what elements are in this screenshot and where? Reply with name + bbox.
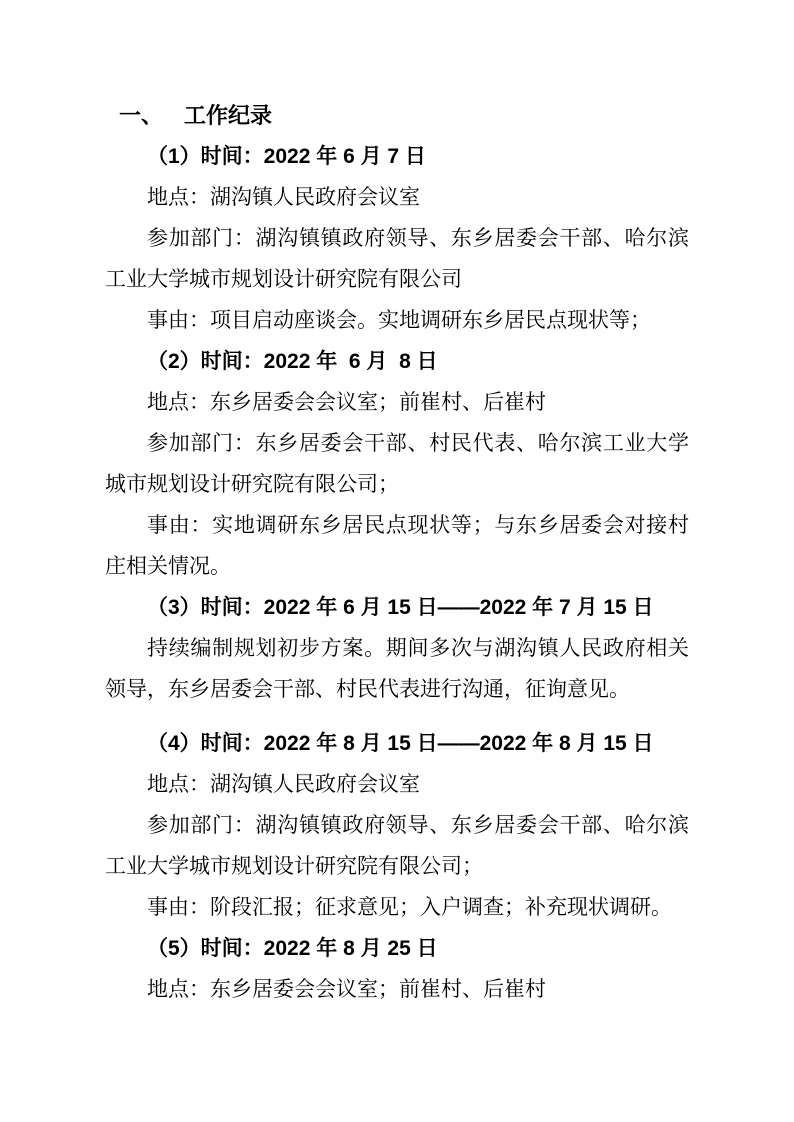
work-record-entry-4: （4）时间：2022 年 8 月 15 日——2022 年 8 月 15 日 地… bbox=[105, 723, 689, 928]
entry-5-time-heading: （5）时间：2022 年 8 月 25 日 bbox=[105, 928, 689, 969]
work-record-entry-2: （2）时间：2022 年 6 月 8 日 地点：东乡居委会会议室；前崔村、后崔村… bbox=[105, 341, 689, 587]
work-record-entry-3: （3）时间：2022 年 6 月 15 日——2022 年 7 月 15 日 持… bbox=[105, 587, 689, 710]
entry-4-location: 地点：湖沟镇人民政府会议室 bbox=[105, 764, 689, 805]
entry-1-location: 地点：湖沟镇人民政府会议室 bbox=[105, 177, 689, 218]
entry-2-participants: 参加部门：东乡居委会干部、村民代表、哈尔滨工业大学城市规划设计研究院有限公司； bbox=[105, 423, 689, 505]
work-record-entry-5: （5）时间：2022 年 8 月 25 日 地点：东乡居委会会议室；前崔村、后崔… bbox=[105, 928, 689, 1010]
entry-3-time-heading: （3）时间：2022 年 6 月 15 日——2022 年 7 月 15 日 bbox=[105, 587, 689, 628]
entry-3-description: 持续编制规划初步方案。期间多次与湖沟镇人民政府相关领导，东乡居委会干部、村民代表… bbox=[105, 628, 689, 710]
entry-2-location: 地点：东乡居委会会议室；前崔村、后崔村 bbox=[105, 382, 689, 423]
document-title: 一、工作纪录 bbox=[105, 95, 689, 136]
entry-2-purpose: 事由：实地调研东乡居民点现状等；与东乡居委会对接村庄相关情况。 bbox=[105, 505, 689, 587]
entry-1-time-heading: （1）时间：2022 年 6 月 7 日 bbox=[105, 136, 689, 177]
entry-5-location: 地点：东乡居委会会议室；前崔村、后崔村 bbox=[105, 969, 689, 1010]
entry-4-purpose: 事由：阶段汇报；征求意见；入户调查；补充现状调研。 bbox=[105, 887, 689, 928]
document-title-number: 一、 bbox=[119, 103, 163, 128]
entry-4-participants: 参加部门：湖沟镇镇政府领导、东乡居委会干部、哈尔滨工业大学城市规划设计研究院有限… bbox=[105, 805, 689, 887]
entry-1-purpose: 事由：项目启动座谈会。实地调研东乡居民点现状等； bbox=[105, 300, 689, 341]
document-title-text: 工作纪录 bbox=[184, 103, 272, 128]
document-page: 一、工作纪录 （1）时间：2022 年 6 月 7 日 地点：湖沟镇人民政府会议… bbox=[105, 95, 689, 1010]
entry-1-participants: 参加部门：湖沟镇镇政府领导、东乡居委会干部、哈尔滨工业大学城市规划设计研究院有限… bbox=[105, 218, 689, 300]
entry-4-time-heading: （4）时间：2022 年 8 月 15 日——2022 年 8 月 15 日 bbox=[105, 723, 689, 764]
entry-2-time-heading: （2）时间：2022 年 6 月 8 日 bbox=[105, 341, 689, 382]
work-record-entry-1: （1）时间：2022 年 6 月 7 日 地点：湖沟镇人民政府会议室 参加部门：… bbox=[105, 136, 689, 341]
